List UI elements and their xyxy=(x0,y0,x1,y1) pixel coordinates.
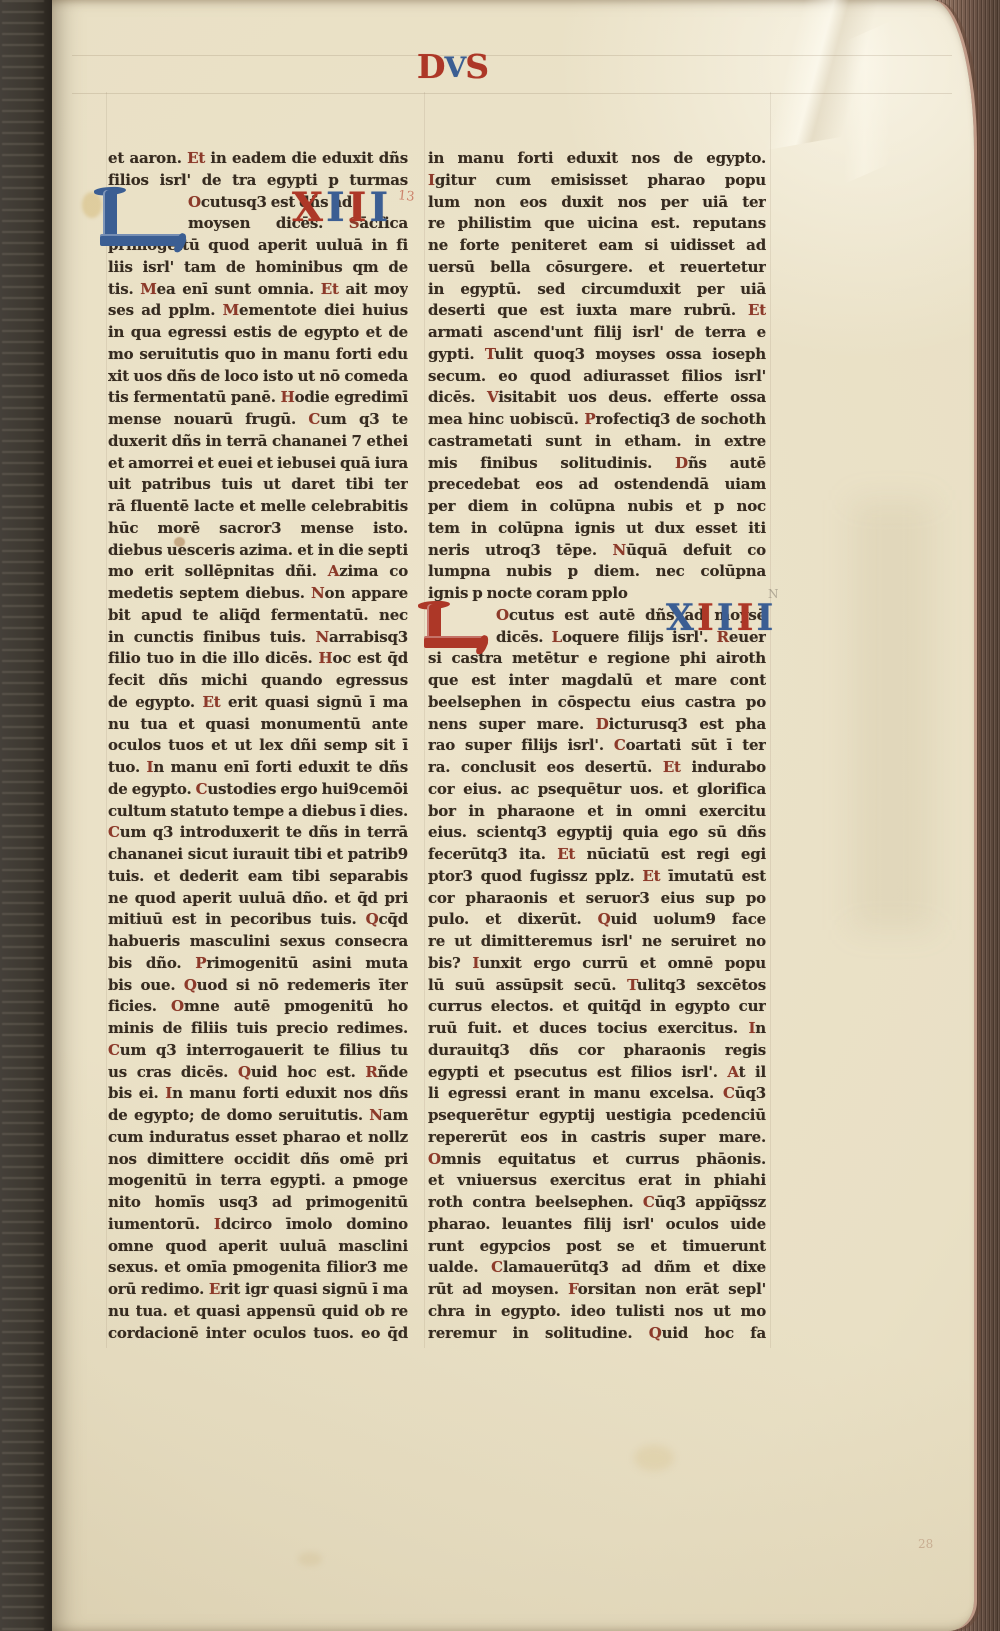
text-line: et vniuersus exercitus erat in phiahi xyxy=(428,1170,766,1192)
text-line: ra. conclusit eos desertū. Et indurabo xyxy=(428,757,766,779)
text-line: et aaron. Et in eadem die eduxit dñs xyxy=(108,148,408,170)
text-line: duxerit dñs in terrā chananei 7 ethei xyxy=(108,431,408,453)
manuscript-page: DVS et aaron. Et in eadem die eduxit dñs… xyxy=(52,0,974,1631)
text-line: tis fermentatū panē. Hodie egredimī xyxy=(108,387,408,409)
text-line: omne quod aperit uuluā masclini xyxy=(108,1236,408,1258)
text-line: ruū fuit. et duces tocius exercitus. In xyxy=(428,1018,766,1040)
text-line: diebus uesceris azima. et in die septi xyxy=(108,540,408,562)
text-line: bis dño. Primogenitū asini muta xyxy=(108,953,408,975)
text-line: xit uos dñs de loco isto ut nō comeda xyxy=(108,366,408,388)
text-line: nu tua et quasi monumentū ante xyxy=(108,714,408,736)
chapter-initial-14 xyxy=(420,604,484,648)
parchment-stain xyxy=(298,1552,322,1566)
text-line: nito homīs usq3 ad primogenitū xyxy=(108,1192,408,1214)
text-line: lum non eos duxit nos per uiā ter xyxy=(428,192,766,214)
text-line: currus electos. et quitq̄d in egypto cur xyxy=(428,996,766,1018)
text-line: deserti que est iuxta mare rubrū. Et xyxy=(428,300,766,322)
text-line: nos dimittere occidit dñs omē pri xyxy=(108,1149,408,1171)
text-line: iumentorū. Idcirco īmolo domino xyxy=(108,1214,408,1236)
chapter-numeral-14: XIIII xyxy=(666,600,776,636)
text-line: bis oue. Quod si nō redemeris īter xyxy=(108,975,408,997)
text-line: mea hinc uobiscū. Profectiq3 de sochoth xyxy=(428,409,766,431)
text-line: filio tuo in die illo dicēs. Hoc est q̄d xyxy=(108,648,408,670)
text-line: bis ei. In manu forti eduxit nos dñs xyxy=(108,1083,408,1105)
text-line: fecerūtq3 ita. Et nūciatū est regi egi xyxy=(428,844,766,866)
parchment-stain xyxy=(634,1445,674,1471)
folio-mark: 28 xyxy=(918,1538,933,1550)
text-line: mense nouarū frugū. Cum q3 te intro xyxy=(108,409,408,431)
text-line: bor in pharaone et in omni exercitu xyxy=(428,801,766,823)
parchment-crease xyxy=(641,0,992,168)
text-line: per diem in colūpna nubis et p noc xyxy=(428,496,766,518)
text-line: orū redimo. Erit igr quasi signū ī ma xyxy=(108,1279,408,1301)
text-line: ualde. Clamauerūtq3 ad dñm et dixe xyxy=(428,1257,766,1279)
text-line: in manu forti eduxit nos de egypto. xyxy=(428,148,766,170)
text-line: beelsephen in cōspectu eius castra po xyxy=(428,692,766,714)
text-line: de egypto. Et erit quasi signū ī ma xyxy=(108,692,408,714)
text-line: gypti. Tulit quoq3 moyses ossa ioseph xyxy=(428,344,766,366)
text-line: cordacionē inter oculos tuos. eo q̄d xyxy=(108,1323,408,1345)
ruling-line xyxy=(770,92,771,1348)
ruling-line xyxy=(106,92,107,1348)
text-line: chananei sicut iurauit tibi et patrib9 xyxy=(108,844,408,866)
text-line: uersū bella cōsurgere. et reuertetur xyxy=(428,257,766,279)
text-line: roth contra beelsephen. Cūq3 appīq̄ssz xyxy=(428,1192,766,1214)
initial-stroke xyxy=(100,234,186,246)
text-line: nu tua. et quasi appensū quid ob re xyxy=(108,1301,408,1323)
text-line: armati ascend'unt filij isrl' de terra e xyxy=(428,322,766,344)
running-title: DVS xyxy=(382,50,522,83)
text-line: tem in colūpna ignis ut dux esset iti xyxy=(428,518,766,540)
text-line: Cum q3 introduxerit te dñs in terrā xyxy=(108,822,408,844)
text-line: in egyptū. sed circumduxit per uiā xyxy=(428,279,766,301)
text-line: re ut dimitteremus isrl' ne seruiret no xyxy=(428,931,766,953)
text-line: egypti et psecutus est filios isrl'. At … xyxy=(428,1062,766,1084)
margin-pen-mark: N xyxy=(768,588,779,600)
text-line: psequerētur egyptij uestigia pcedenciū xyxy=(428,1105,766,1127)
text-line: cor pharaonis et seruor3 eius sup po xyxy=(428,888,766,910)
text-line: de egypto. Custodies ergo hui9cemōi xyxy=(108,779,408,801)
text-line: us cras dicēs. Quid hoc est. Rñde xyxy=(108,1062,408,1084)
text-line: ne quod aperit uuluā dño. et q̄d pri xyxy=(108,888,408,910)
text-line: liis isrl' tam de hominibus qm de iumē xyxy=(108,257,408,279)
text-line: bis? Iunxit ergo currū et omnē popu xyxy=(428,953,766,975)
text-line: mitiuū est in pecoribus tuis. Qcq̄d xyxy=(108,909,408,931)
running-title-letter: V xyxy=(444,54,466,83)
text-line: in cunctis finibus tuis. Narrabisq3 xyxy=(108,627,408,649)
text-line: durauitq3 dñs cor pharaonis regis xyxy=(428,1040,766,1062)
running-title-letter: D xyxy=(417,50,444,83)
text-line: li egressi erant in manu excelsa. Cūq3 xyxy=(428,1083,766,1105)
text-line: tis. Mea enī sunt omnia. Et ait moy xyxy=(108,279,408,301)
text-line: reremur in solitudine. Quid hoc fa xyxy=(428,1323,766,1345)
text-line: nens super mare. Dicturusq3 est pha xyxy=(428,714,766,736)
text-line: ses ad pplm. Mementote diei huius xyxy=(108,300,408,322)
text-line: runt egypcios post se et timuerunt xyxy=(428,1236,766,1258)
ruling-line xyxy=(72,93,952,94)
text-line: et amorrei et euei et iebusei quā iura xyxy=(108,453,408,475)
text-line: habueris masculini sexus consecra xyxy=(108,931,408,953)
text-line: tuo. In manu enī forti eduxit te dñs xyxy=(108,757,408,779)
parchment-smudge xyxy=(852,500,932,930)
text-line: ne forte peniteret eam si uidisset ad xyxy=(428,235,766,257)
text-line: rā fluentē lacte et melle celebrabitis xyxy=(108,496,408,518)
text-line: castrametati sunt in etham. in extre xyxy=(428,431,766,453)
text-lines: in manu forti eduxit nos de egypto.Igitu… xyxy=(428,148,766,1344)
ruling-line xyxy=(424,92,425,1348)
text-line: rao super filijs isrl'. Coartati sūt ī t… xyxy=(428,735,766,757)
text-line: repererūt eos in castris super mare. xyxy=(428,1127,766,1149)
text-line: Omnis equitatus et currus phāonis. xyxy=(428,1149,766,1171)
chapter-numeral-13: XIII xyxy=(292,188,391,228)
text-line: fecit dñs michi quando egressus sum xyxy=(108,670,408,692)
text-line: pharao. leuantes filij isrl' oculos uide xyxy=(428,1214,766,1236)
text-line: tuis. et dederit eam tibi separabis om xyxy=(108,866,408,888)
text-line: cor eius. ac psequētur uos. et glorifica xyxy=(428,779,766,801)
text-line: lumpna nubis p diem. nec colūpna xyxy=(428,561,766,583)
text-column-right: in manu forti eduxit nos de egypto.Igitu… xyxy=(428,148,766,1344)
text-line: mis finibus solitudinis. Dñs autē xyxy=(428,453,766,475)
text-line: hūc morē sacror3 mense isto. Septem xyxy=(108,518,408,540)
text-line: chra in egypto. ideo tulisti nos ut mo xyxy=(428,1301,766,1323)
text-line: lū suū assūpsit secū. Tulitq3 sexcētos xyxy=(428,975,766,997)
text-column-left: et aaron. Et in eadem die eduxit dñsfili… xyxy=(108,148,408,1344)
text-line: precedebat eos ad ostendendā uiam xyxy=(428,474,766,496)
text-line: uit patribus tuis ut daret tibi ter xyxy=(108,474,408,496)
chapter-initial-13 xyxy=(96,190,182,246)
text-line: mogenitū in terra egypti. a pmoge xyxy=(108,1170,408,1192)
text-line: eius. scientq3 egyptij quia ego sū dñs xyxy=(428,822,766,844)
text-line: in qua egressi estis de egypto et de do xyxy=(108,322,408,344)
text-line: ficies. Omne autē pmogenitū ho xyxy=(108,996,408,1018)
text-line: mo erit sollēpnitas dñi. Azima co xyxy=(108,561,408,583)
text-line: re philistim que uicina est. reputans xyxy=(428,213,766,235)
text-line: que est inter magdalū et mare cont xyxy=(428,670,766,692)
text-line: cultum statuto tempe a diebus ī dies. xyxy=(108,801,408,823)
text-line: oculos tuos et ut lex dñi semp sit ī ore xyxy=(108,735,408,757)
text-line: rūt ad moysen. Forsitan non erāt sepl' xyxy=(428,1279,766,1301)
running-title-letter: S xyxy=(465,50,487,83)
margin-chapter-note: 13 xyxy=(397,189,415,204)
text-line: dicēs. Visitabit uos deus. efferte ossa xyxy=(428,387,766,409)
manuscript-photo: DVS et aaron. Et in eadem die eduxit dñs… xyxy=(0,0,1000,1631)
text-line: Cum q3 interrogauerit te filius tu xyxy=(108,1040,408,1062)
text-line: pulo. et dixerūt. Quid uolum9 face xyxy=(428,909,766,931)
text-line: bit apud te aliq̄d fermentatū. nec xyxy=(108,605,408,627)
facing-page-edge xyxy=(0,0,58,1631)
text-line: Igitur cum emisisset pharao popu xyxy=(428,170,766,192)
text-line: mo seruitutis quo in manu forti edu xyxy=(108,344,408,366)
text-line: de egypto; de domo seruitutis. Nam xyxy=(108,1105,408,1127)
text-line: ptor3 quod fugissz pplz. Et īmutatū est xyxy=(428,866,766,888)
text-line: medetis septem diebus. Non appare xyxy=(108,583,408,605)
text-line: neris utroq3 tēpe. Nūquā defuit co xyxy=(428,540,766,562)
text-line: secum. eo quod adiurasset filios isrl' xyxy=(428,366,766,388)
text-line: minis de filiis tuis precio redimes. xyxy=(108,1018,408,1040)
text-lines: et aaron. Et in eadem die eduxit dñsfili… xyxy=(108,148,408,1344)
text-line: sexus. et omīa pmogenita filior3 me xyxy=(108,1257,408,1279)
text-line: cum induratus esset pharao et nollz xyxy=(108,1127,408,1149)
